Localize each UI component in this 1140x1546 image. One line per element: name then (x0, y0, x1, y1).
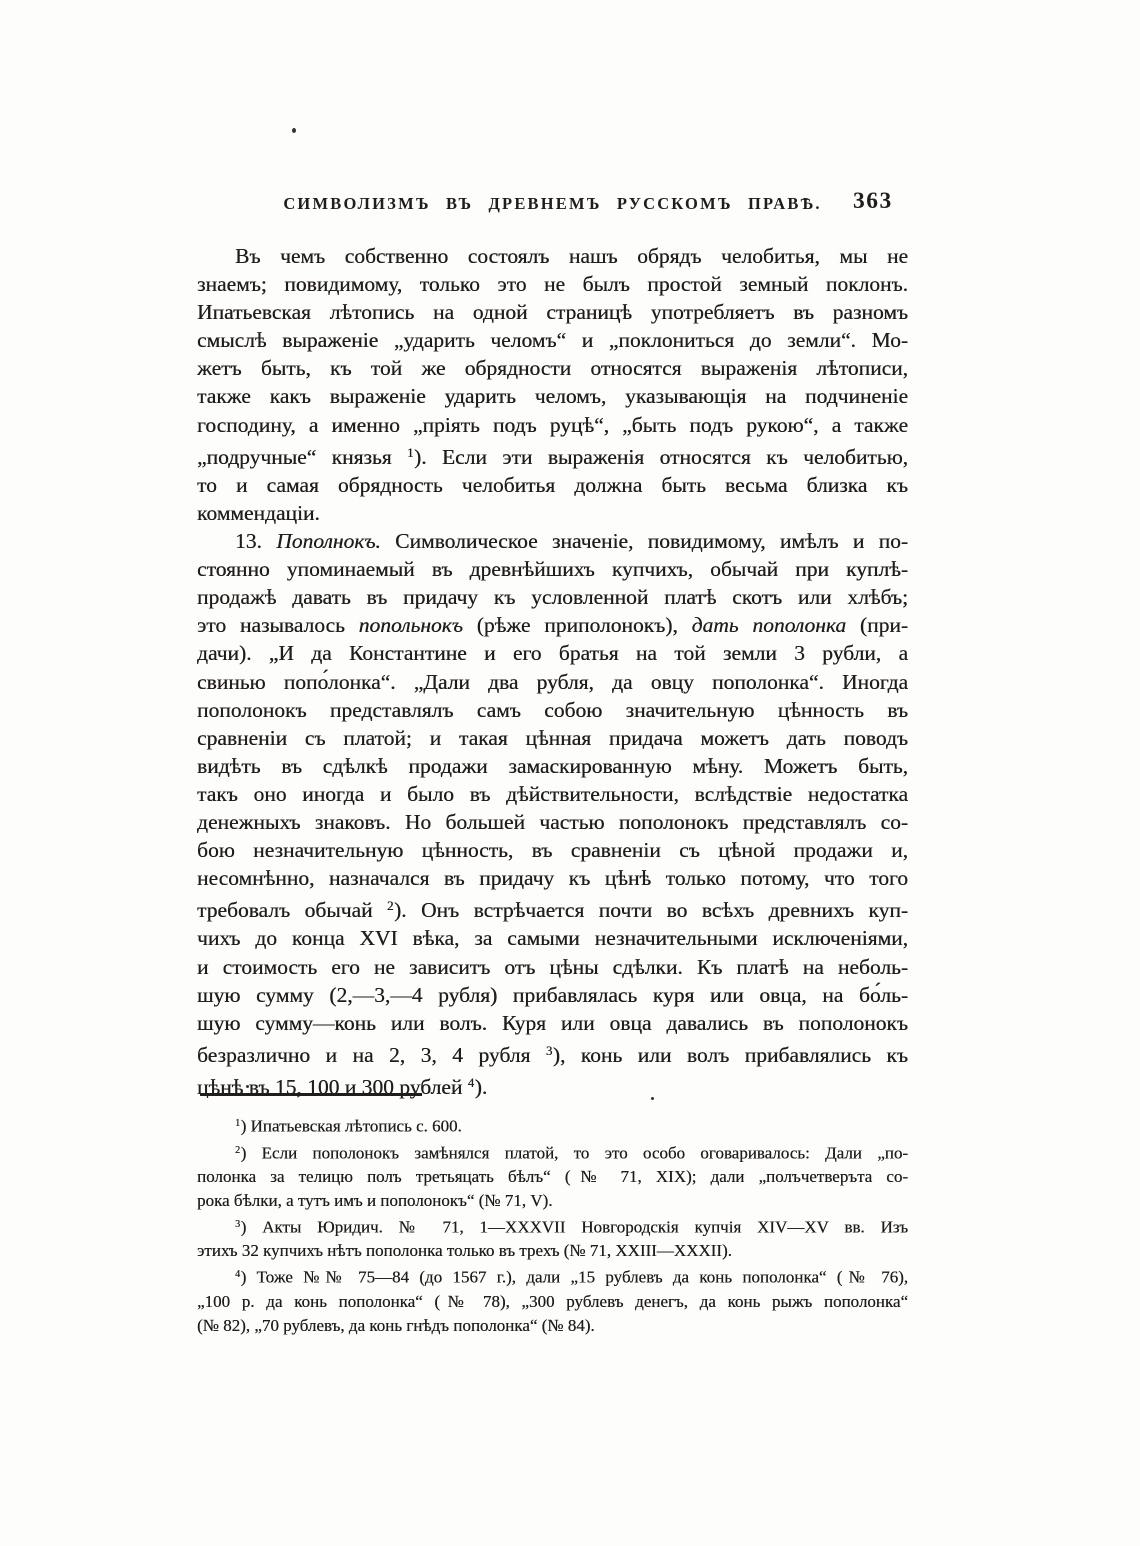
text-line: (№ 82), „70 рублевъ, да конь гнѣдъ попол… (197, 1314, 908, 1338)
italic-term: дать пополонка (692, 613, 847, 637)
text-line: этихъ 32 купчихъ нѣтъ пополонка только в… (197, 1239, 908, 1263)
book-page: СИМВОЛИЗМЪ ВЪ ДРЕВНЕМЪ РУССКОМЪ ПРАВѢ. 3… (0, 0, 1140, 1546)
text-line: „100 р. да конь пополонка“ (№ 78), „300 … (197, 1290, 908, 1314)
text-line: господину, а именно „пріять подъ руцѣ“, … (197, 411, 908, 439)
text-line: чихъ до конца XVI вѣка, за самыми незнач… (197, 924, 908, 952)
text-line: знаемъ; повидимому, только это не былъ п… (197, 270, 908, 298)
text-line: „подручные“ князья 1). Если эти выражені… (197, 439, 908, 471)
text-line: несомнѣнно, назначался въ придачу къ цѣн… (197, 864, 908, 892)
text-line: цѣнѣ въ 15, 100 и 300 рублей 4). (197, 1069, 908, 1101)
text-line: видѣть въ сдѣлкѣ продажи замаскированную… (197, 752, 908, 780)
text-line: 4) Тоже №№ 75—84 (до 1567 г.), дали „15 … (197, 1263, 908, 1290)
italic-term: Пополнокъ. (276, 529, 381, 553)
text-line: полонка за телицю полъ третьяцать бѣлъ“ … (197, 1165, 908, 1189)
footnote-marker: 3 (546, 1044, 553, 1058)
text-line: Въ чемъ собственно состоялъ нашъ обрядъ … (197, 242, 908, 270)
text-line: шую сумму (2,—3,—4 рубля) прибавлялась к… (197, 981, 908, 1009)
footnote-marker: 4 (468, 1076, 475, 1090)
text-line: Ипатьевская лѣтопись на одной страницѣ у… (197, 298, 908, 326)
text-line: денежныхъ знаковъ. Но большей частью поп… (197, 808, 908, 836)
text-line: 1) Ипатьевская лѣтопись с. 600. (197, 1112, 908, 1139)
running-header: СИМВОЛИЗМЪ ВЪ ДРЕВНЕМЪ РУССКОМЪ ПРАВѢ. (197, 194, 908, 214)
text-line: сравненіи съ платой; и такая цѣнная прид… (197, 724, 908, 752)
page-number: 363 (853, 188, 893, 215)
text-line: 2) Если пополонокъ замѣнялся платой, то … (197, 1139, 908, 1166)
text-line: коммендаціи. (197, 499, 908, 527)
text-line: бою незначительную цѣнность, въ сравнені… (197, 836, 908, 864)
text-line: то и самая обрядность челобитья должна б… (197, 471, 908, 499)
text-line: 3) Акты Юридич. № 71, 1—XXXVII Новгородс… (197, 1213, 908, 1240)
scan-speck (292, 128, 296, 133)
footnotes-block: 1) Ипатьевская лѣтопись с. 600.2) Если п… (197, 1112, 908, 1338)
text-line: это называлось попольнокъ (рѣже приполон… (197, 611, 908, 639)
text-line: рока бѣлки, а тутъ имъ и пополонокъ“ (№ … (197, 1189, 908, 1213)
text-line: дачи). „И да Константине и его братья на… (197, 639, 908, 667)
text-line: и стоимость его не зависитъ отъ цѣны сдѣ… (197, 953, 908, 981)
text-line: шую сумму—конь или волъ. Куря или овца д… (197, 1009, 908, 1037)
text-line: 13. Пополнокъ. Символическое значеніе, п… (197, 527, 908, 555)
footnote-marker: 2 (387, 899, 394, 913)
text-line: продажѣ давать въ придачу къ условленной… (197, 583, 908, 611)
text-line: пополонокъ представлялъ самъ собою значи… (197, 696, 908, 724)
text-line: свинью попо́лонка“. „Дали два рубля, да … (197, 668, 908, 696)
text-line: такъ оно иногда и было въ дѣйствительнос… (197, 780, 908, 808)
italic-term: попольнокъ (359, 613, 463, 637)
text-line: стоянно упоминаемый въ древнѣйшихъ купчи… (197, 555, 908, 583)
text-line: смыслѣ выраженіе „ударить челомъ“ и „пок… (197, 326, 908, 354)
text-line: требовалъ обычай 2). Онъ встрѣчается поч… (197, 892, 908, 924)
text-line: также какъ выраженіе ударить челомъ, ука… (197, 382, 908, 410)
text-line: жетъ быть, къ той же обрядности относятс… (197, 354, 908, 382)
footnote-marker: 1 (407, 446, 414, 460)
main-text-block: Въ чемъ собственно состоялъ нашъ обрядъ … (197, 242, 908, 1101)
text-line: безразлично и на 2, 3, 4 рубля 3), конь … (197, 1037, 908, 1069)
footnote-separator (200, 1093, 422, 1096)
